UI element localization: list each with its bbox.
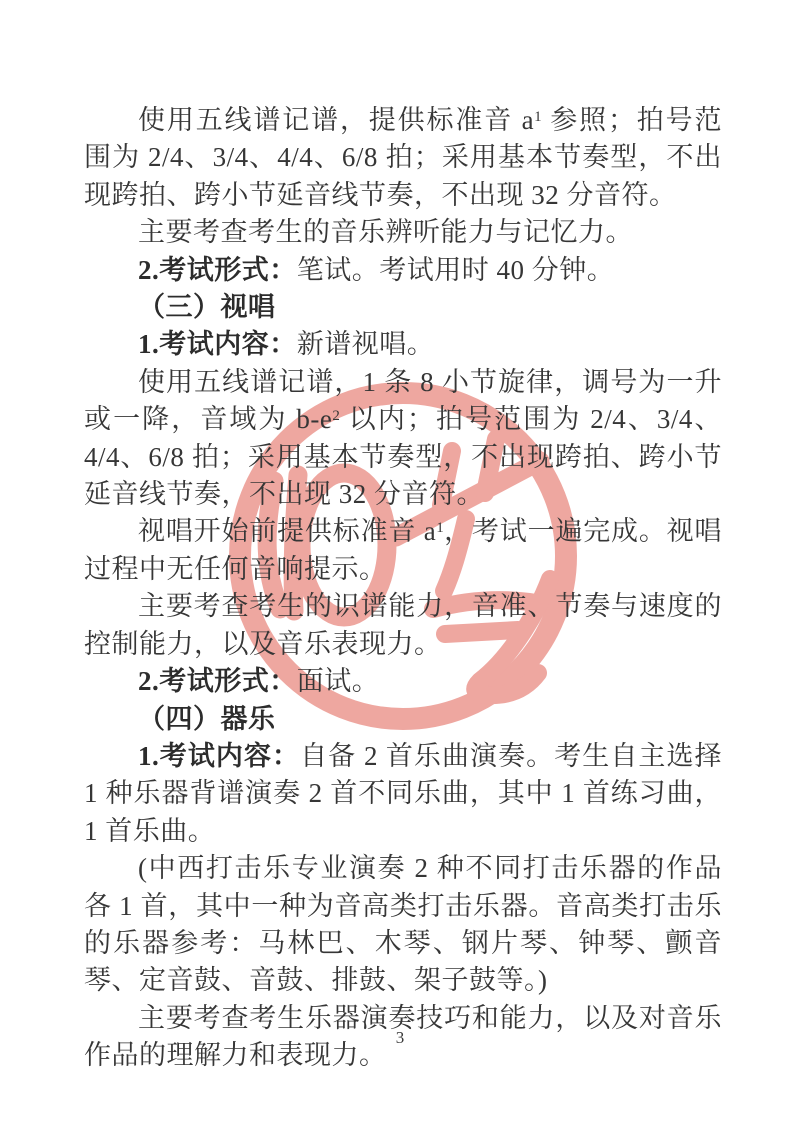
text-run: 主要考查考生的识谱能力，音准、节奏与速度的控制能力，以及音乐表现力。 — [84, 591, 722, 658]
paragraph-exam-format-written: 2.考试形式：笔试。考试用时 40 分钟。 — [84, 252, 722, 289]
paragraph-instrumental-content: 1.考试内容：自备 2 首乐曲演奏。考生自主选择 1 种乐器背谱演奏 2 首不同… — [84, 738, 722, 850]
paragraph-dictation-purpose: 主要考查考生的音乐辨听能力与记忆力。 — [84, 214, 722, 251]
superscript: 1 — [534, 109, 542, 125]
bold-label: （三）视唱 — [138, 292, 276, 322]
bold-label: （四）器乐 — [138, 704, 276, 734]
superscript: 2 — [332, 408, 340, 424]
paragraph-dictation-rules: 使用五线谱记谱，提供标准音 a1 参照；拍号范围为 2/4、3/4、4/4、6/… — [84, 102, 722, 214]
text-run: 视唱开始前提供标准音 a — [138, 516, 436, 546]
paragraph-sight-singing-purpose: 主要考查考生的识谱能力，音准、节奏与速度的控制能力，以及音乐表现力。 — [84, 588, 722, 663]
paragraph-sight-singing-content: 1.考试内容：新谱视唱。 — [84, 326, 722, 363]
paragraph-percussion-note: (中西打击乐专业演奏 2 种不同打击乐器的作品各 1 首，其中一种为音高类打击乐… — [84, 850, 722, 1000]
paragraph-exam-format-interview: 2.考试形式：面试。 — [84, 663, 722, 700]
bold-label: 2.考试形式： — [138, 255, 297, 285]
document-page: 使用五线谱记谱，提供标准音 a1 参照；拍号范围为 2/4、3/4、4/4、6/… — [0, 0, 800, 1131]
bold-label: 1.考试内容： — [138, 329, 297, 359]
text-run: 使用五线谱记谱，提供标准音 a — [138, 105, 534, 135]
text-run: 新谱视唱。 — [297, 329, 435, 359]
bold-label: 2.考试形式： — [138, 666, 297, 696]
superscript: 1 — [436, 520, 444, 536]
paragraph-sight-singing-rules: 使用五线谱记谱，1 条 8 小节旋律，调号为一升或一降，音域为 b-e2 以内；… — [84, 364, 722, 514]
page-number: 3 — [0, 1028, 800, 1048]
heading-section-4-instrumental: （四）器乐 — [84, 701, 722, 738]
paragraph-sight-singing-procedure: 视唱开始前提供标准音 a1，考试一遍完成。视唱过程中无任何音响提示。 — [84, 513, 722, 588]
document-body: 使用五线谱记谱，提供标准音 a1 参照；拍号范围为 2/4、3/4、4/4、6/… — [84, 102, 722, 1075]
text-run: (中西打击乐专业演奏 2 种不同打击乐器的作品各 1 首，其中一种为音高类打击乐… — [84, 853, 722, 995]
text-run: 面试。 — [297, 666, 380, 696]
bold-label: 1.考试内容： — [138, 741, 300, 771]
heading-section-3-sight-singing: （三）视唱 — [84, 289, 722, 326]
text-run: 笔试。考试用时 40 分钟。 — [297, 255, 615, 285]
text-run: 主要考查考生的音乐辨听能力与记忆力。 — [138, 217, 633, 247]
